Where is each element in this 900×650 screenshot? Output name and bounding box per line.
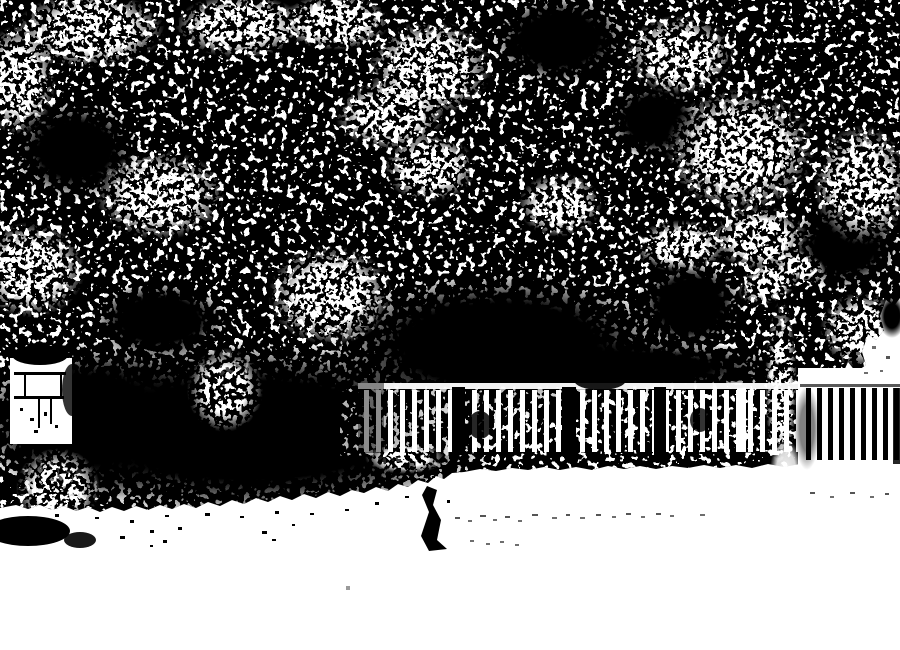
speck bbox=[626, 513, 631, 515]
gate-bar bbox=[24, 372, 26, 399]
speck bbox=[432, 476, 435, 478]
speck bbox=[518, 520, 522, 522]
speck bbox=[596, 514, 601, 516]
speck bbox=[375, 502, 379, 505]
speck bbox=[500, 541, 504, 543]
speck bbox=[532, 514, 538, 516]
lone-gray-dot bbox=[346, 586, 350, 590]
speck bbox=[272, 539, 276, 541]
speck bbox=[447, 500, 450, 503]
speck bbox=[310, 513, 314, 515]
fence-shade bbox=[358, 383, 384, 453]
leaf-overhang bbox=[468, 411, 492, 439]
speck bbox=[240, 516, 244, 518]
trunk-shadow-smudge bbox=[794, 386, 820, 470]
speck bbox=[480, 515, 486, 517]
speck bbox=[886, 356, 890, 359]
speck bbox=[656, 513, 661, 515]
speck bbox=[424, 472, 428, 476]
speck bbox=[292, 524, 295, 526]
gate-bar bbox=[60, 372, 62, 396]
speck bbox=[55, 425, 58, 428]
speck bbox=[486, 543, 490, 545]
speck bbox=[95, 517, 99, 519]
gate-bar bbox=[38, 396, 40, 428]
speck bbox=[55, 514, 59, 517]
speck bbox=[670, 515, 674, 517]
speck bbox=[872, 346, 876, 349]
leaf-overhang bbox=[62, 364, 82, 416]
speck bbox=[515, 544, 519, 546]
fence-top-rail-dark bbox=[800, 384, 900, 387]
speck bbox=[468, 520, 472, 522]
speck bbox=[885, 493, 889, 495]
speck bbox=[345, 509, 349, 511]
shadow-blob bbox=[64, 532, 96, 548]
speck bbox=[165, 515, 169, 517]
gate-rail bbox=[14, 372, 66, 375]
speck bbox=[34, 430, 38, 433]
speck bbox=[856, 352, 860, 355]
monochrome-photo bbox=[0, 0, 900, 650]
fence-break bbox=[654, 387, 666, 455]
speck bbox=[870, 496, 874, 498]
speck bbox=[150, 530, 154, 533]
speck bbox=[30, 418, 34, 421]
fence-gap-texture bbox=[362, 390, 798, 452]
speck bbox=[405, 496, 409, 498]
gate-bar bbox=[50, 396, 52, 424]
speck bbox=[566, 514, 570, 516]
fence-edge-strip bbox=[893, 388, 900, 464]
fence-break bbox=[562, 387, 576, 455]
gate-face bbox=[10, 358, 72, 444]
speck bbox=[470, 540, 474, 542]
speck bbox=[493, 519, 497, 521]
speck bbox=[580, 517, 585, 519]
speck bbox=[275, 511, 279, 514]
photo-canvas bbox=[0, 0, 900, 650]
speck bbox=[262, 531, 267, 534]
speck bbox=[700, 514, 705, 516]
speck bbox=[830, 496, 834, 498]
speck bbox=[810, 492, 815, 494]
leaf-overhang bbox=[574, 370, 626, 390]
speck bbox=[44, 412, 47, 416]
speck bbox=[20, 408, 23, 411]
speck bbox=[120, 536, 125, 539]
speck bbox=[612, 516, 616, 518]
speck bbox=[641, 516, 645, 518]
speck bbox=[163, 540, 167, 543]
speck bbox=[205, 513, 210, 516]
gate-panel bbox=[10, 345, 82, 444]
speck bbox=[552, 517, 557, 519]
speck bbox=[178, 527, 182, 530]
speck bbox=[150, 545, 153, 547]
leaf-overhang bbox=[12, 345, 68, 365]
speck bbox=[864, 372, 868, 374]
speck bbox=[455, 517, 460, 519]
speck bbox=[505, 516, 510, 518]
fence-break bbox=[452, 387, 465, 455]
speck bbox=[850, 492, 855, 494]
speck bbox=[880, 370, 883, 372]
speck bbox=[130, 520, 134, 523]
leaf-overhang bbox=[690, 408, 710, 432]
